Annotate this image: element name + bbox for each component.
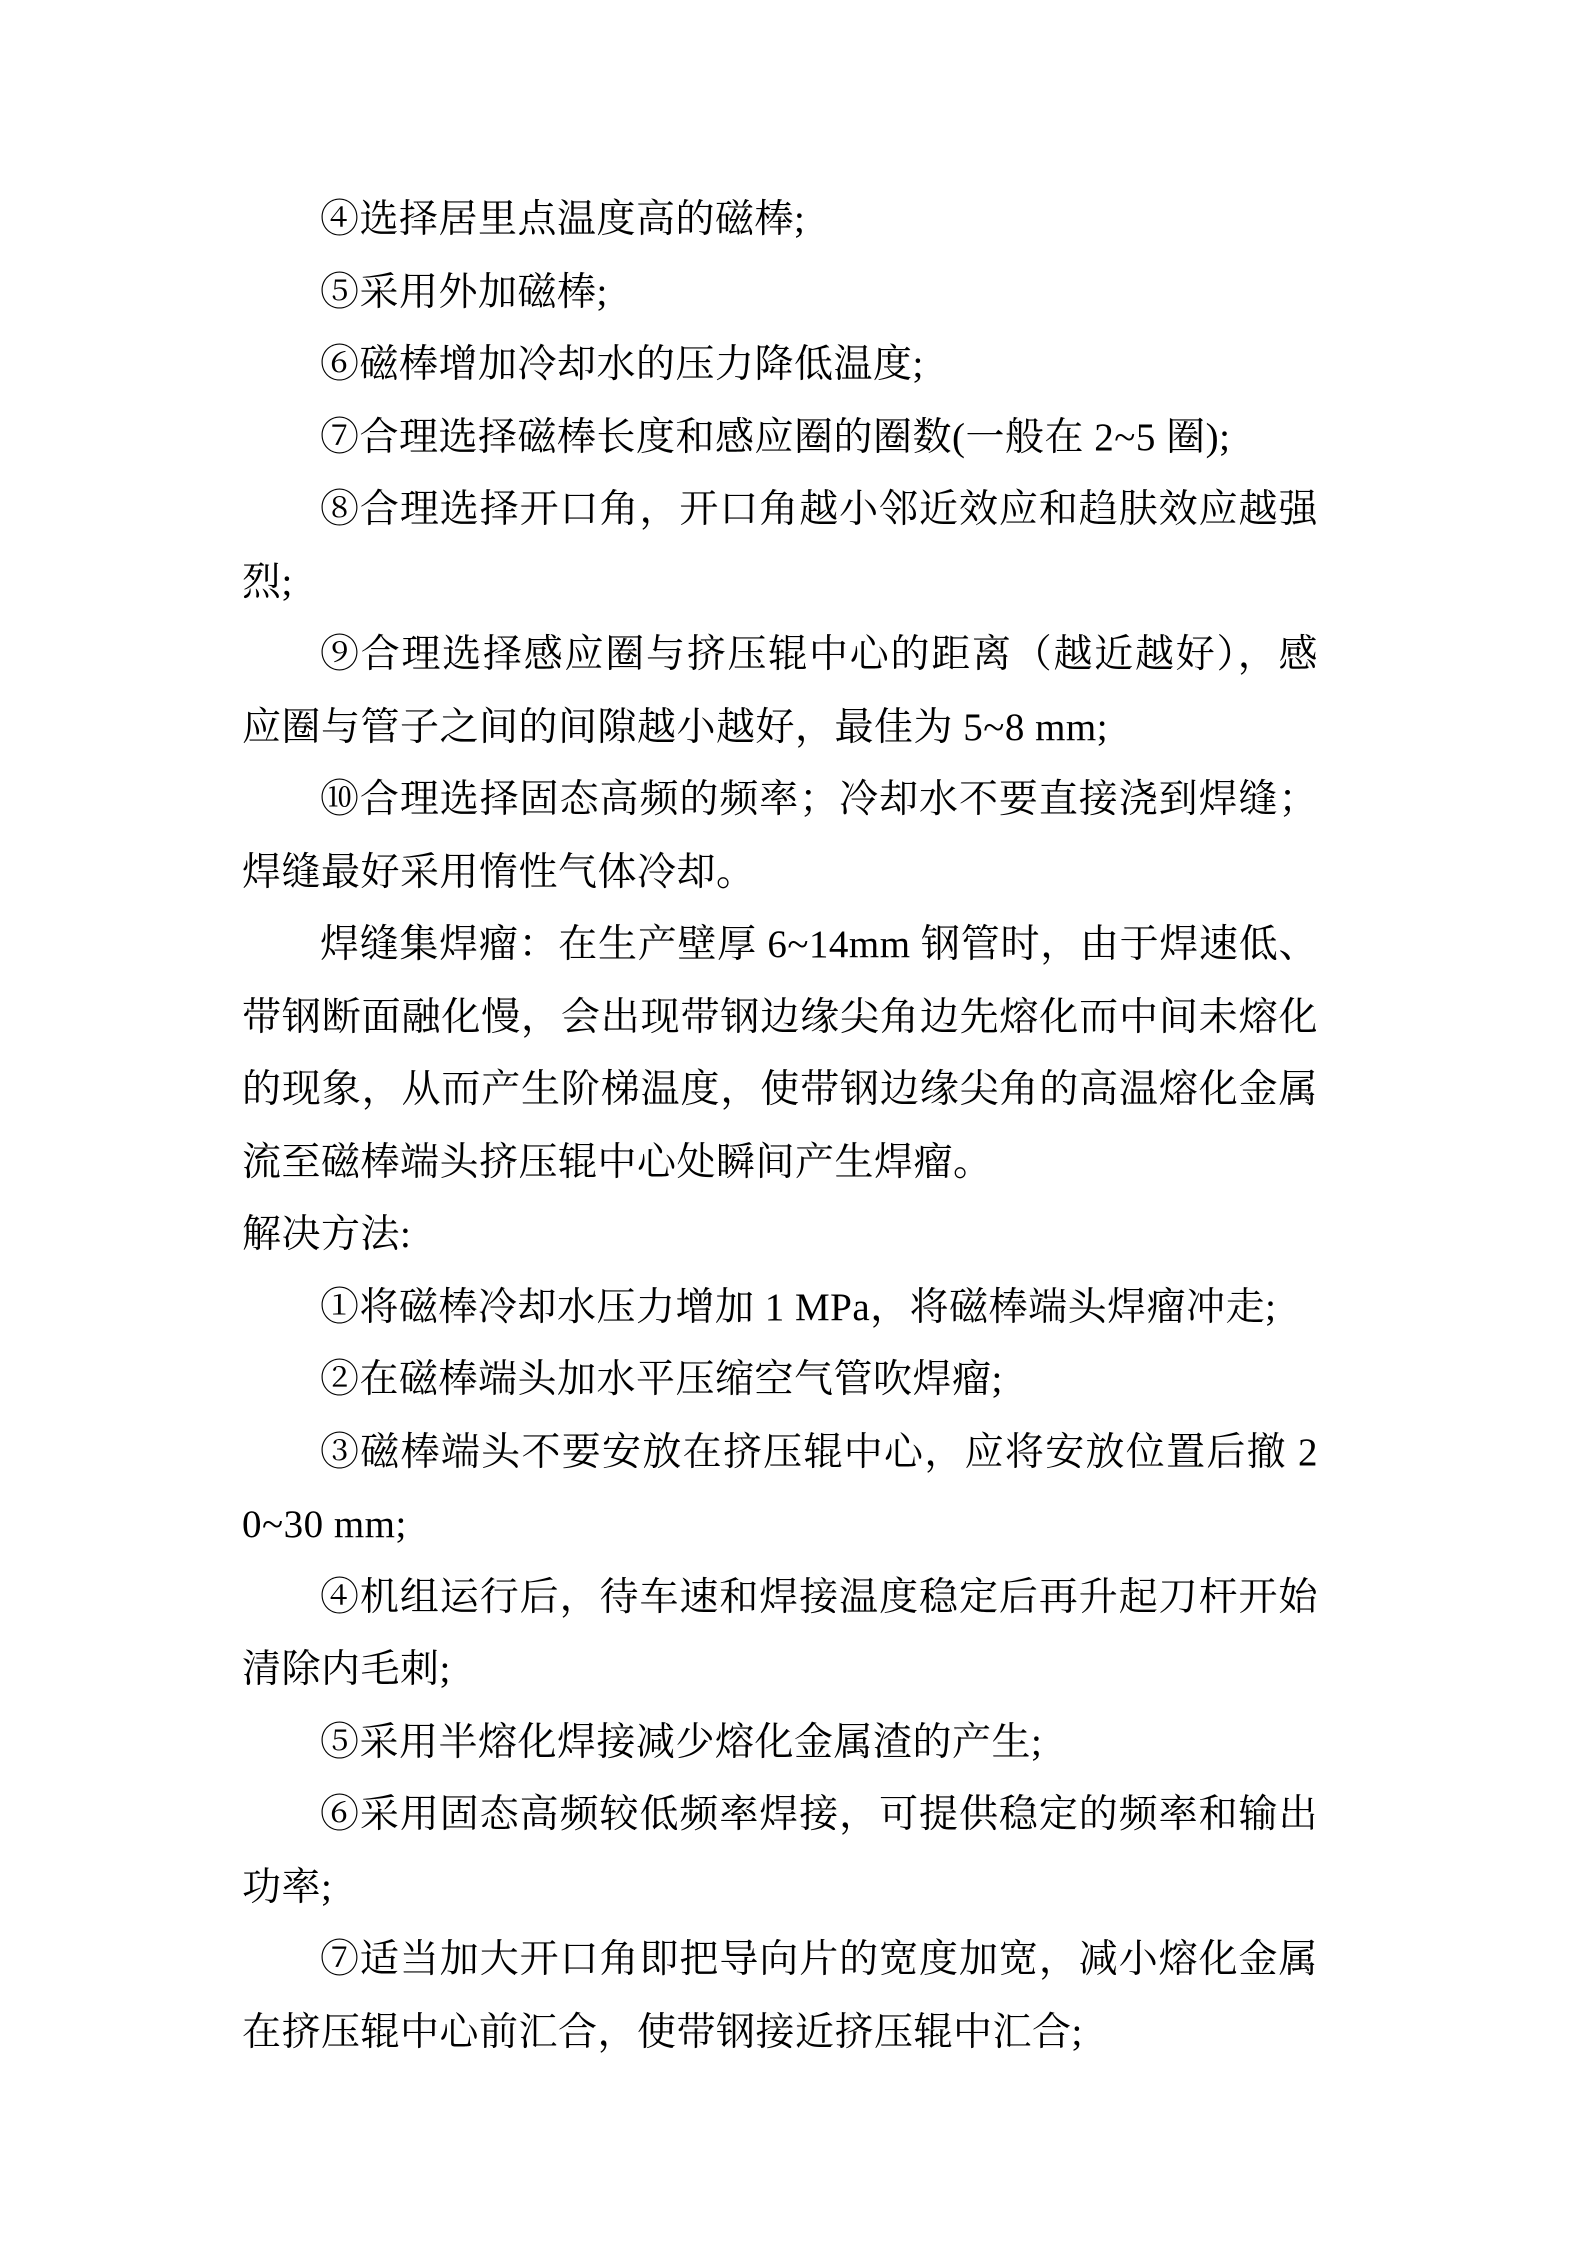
solution-item-1: ①将磁棒冷却水压力增加 1 MPa，将磁棒端头焊瘤冲走; [242, 1272, 1318, 1345]
document-page: ④选择居里点温度高的磁棒; ⑤采用外加磁棒; ⑥磁棒增加冷却水的压力降低温度; … [0, 0, 1587, 2245]
paragraph-weld-bead: 焊缝集焊瘤：在生产壁厚 6~14mm 钢管时，由于焊速低、带钢断面融化慢，会出现… [242, 909, 1318, 1199]
document-text-block: ④选择居里点温度高的磁棒; ⑤采用外加磁棒; ⑥磁棒增加冷却水的压力降低温度; … [242, 184, 1318, 2069]
list-item-10: ⑩合理选择固态高频的频率；冷却水不要直接浇到焊缝；焊缝最好采用惰性气体冷却。 [242, 764, 1318, 909]
solution-item-6: ⑥采用固态高频较低频率焊接，可提供稳定的频率和输出功率; [242, 1779, 1318, 1924]
list-item-6: ⑥磁棒增加冷却水的压力降低温度; [242, 329, 1318, 402]
solution-item-4: ④机组运行后，待车速和焊接温度稳定后再升起刀杆开始清除内毛刺; [242, 1562, 1318, 1707]
list-item-5: ⑤采用外加磁棒; [242, 257, 1318, 330]
solution-item-5: ⑤采用半熔化焊接减少熔化金属渣的产生; [242, 1707, 1318, 1780]
list-item-4: ④选择居里点温度高的磁棒; [242, 184, 1318, 257]
list-item-7: ⑦合理选择磁棒长度和感应圈的圈数(一般在 2~5 圈); [242, 402, 1318, 475]
solution-item-3: ③磁棒端头不要安放在挤压辊中心，应将安放位置后撤 20~30 mm; [242, 1417, 1318, 1562]
solution-item-2: ②在磁棒端头加水平压缩空气管吹焊瘤; [242, 1344, 1318, 1417]
heading-solution: 解决方法: [242, 1199, 1318, 1272]
list-item-9: ⑨合理选择感应圈与挤压辊中心的距离（越近越好），感应圈与管子之间的间隙越小越好，… [242, 619, 1318, 764]
list-item-8: ⑧合理选择开口角，开口角越小邻近效应和趋肤效应越强烈; [242, 474, 1318, 619]
solution-item-7: ⑦适当加大开口角即把导向片的宽度加宽，减小熔化金属在挤压辊中心前汇合，使带钢接近… [242, 1924, 1318, 2069]
